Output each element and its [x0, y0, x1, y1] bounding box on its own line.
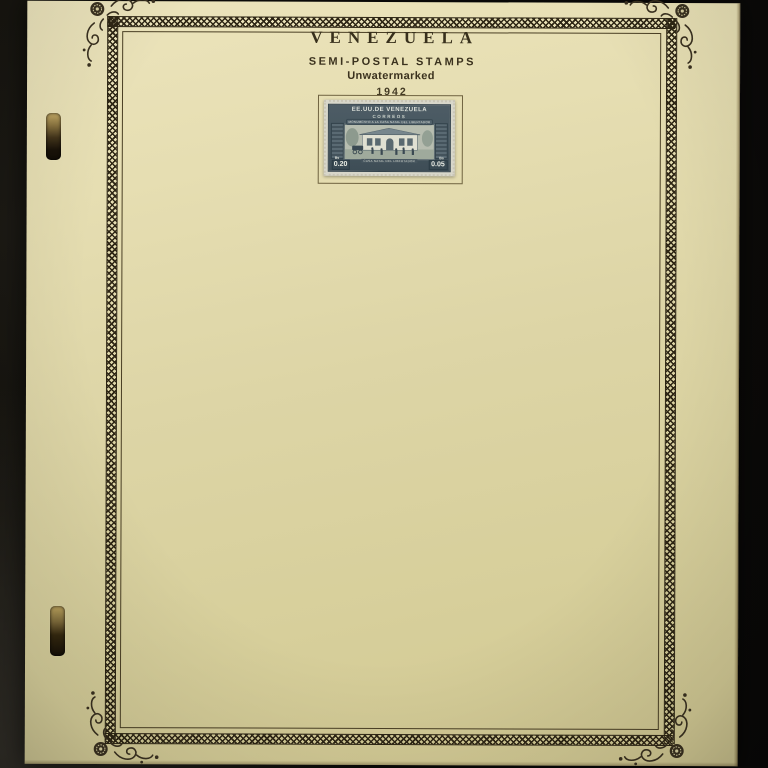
stamp-side-panel-right [435, 123, 448, 159]
binder-hole-top [46, 113, 61, 160]
stamp-design: EE.UU.DE VENEZUELA CORREOS MONUMENTO A L… [328, 104, 451, 172]
country-title: VENEZUELA [107, 27, 675, 49]
corner-flourish-icon [608, 0, 698, 85]
corner-flourish-icon [81, 0, 171, 83]
watermark-note: Unwatermarked [107, 69, 675, 83]
page-border-right [664, 18, 678, 744]
page-heading-block: VENEZUELA SEMI-POSTAL STAMPS Unwatermark… [107, 27, 675, 99]
photo-background: VENEZUELA SEMI-POSTAL STAMPS Unwatermark… [0, 0, 768, 768]
stamp-banner: MONUMENTO A LA CASA NATAL DEL LIBERTADOR [345, 119, 433, 125]
stamp-mount-space: EE.UU.DE VENEZUELA CORREOS MONUMENTO A L… [318, 95, 463, 185]
corner-flourish-icon [85, 675, 175, 765]
stamp-denomination-right: 0.05 [429, 160, 448, 170]
stamp-country-inscription: EE.UU.DE VENEZUELA [329, 106, 450, 112]
corner-flourish-icon [603, 677, 693, 767]
album-page: VENEZUELA SEMI-POSTAL STAMPS Unwatermark… [25, 1, 741, 766]
page-border-bottom [105, 733, 673, 746]
stamp-vignette [344, 124, 435, 160]
binder-hole-bottom [50, 606, 65, 656]
section-title: SEMI-POSTAL STAMPS [107, 55, 675, 69]
stamp: EE.UU.DE VENEZUELA CORREOS MONUMENTO A L… [324, 100, 455, 176]
stamp-side-panel-left [331, 123, 344, 159]
stamp-denomination-left: 0.20 [331, 160, 350, 170]
house-vignette-icon [345, 125, 434, 159]
page-border-left [105, 16, 119, 742]
stamp-caption: CASA NATAL DEL LIBERTADOR [361, 158, 418, 162]
